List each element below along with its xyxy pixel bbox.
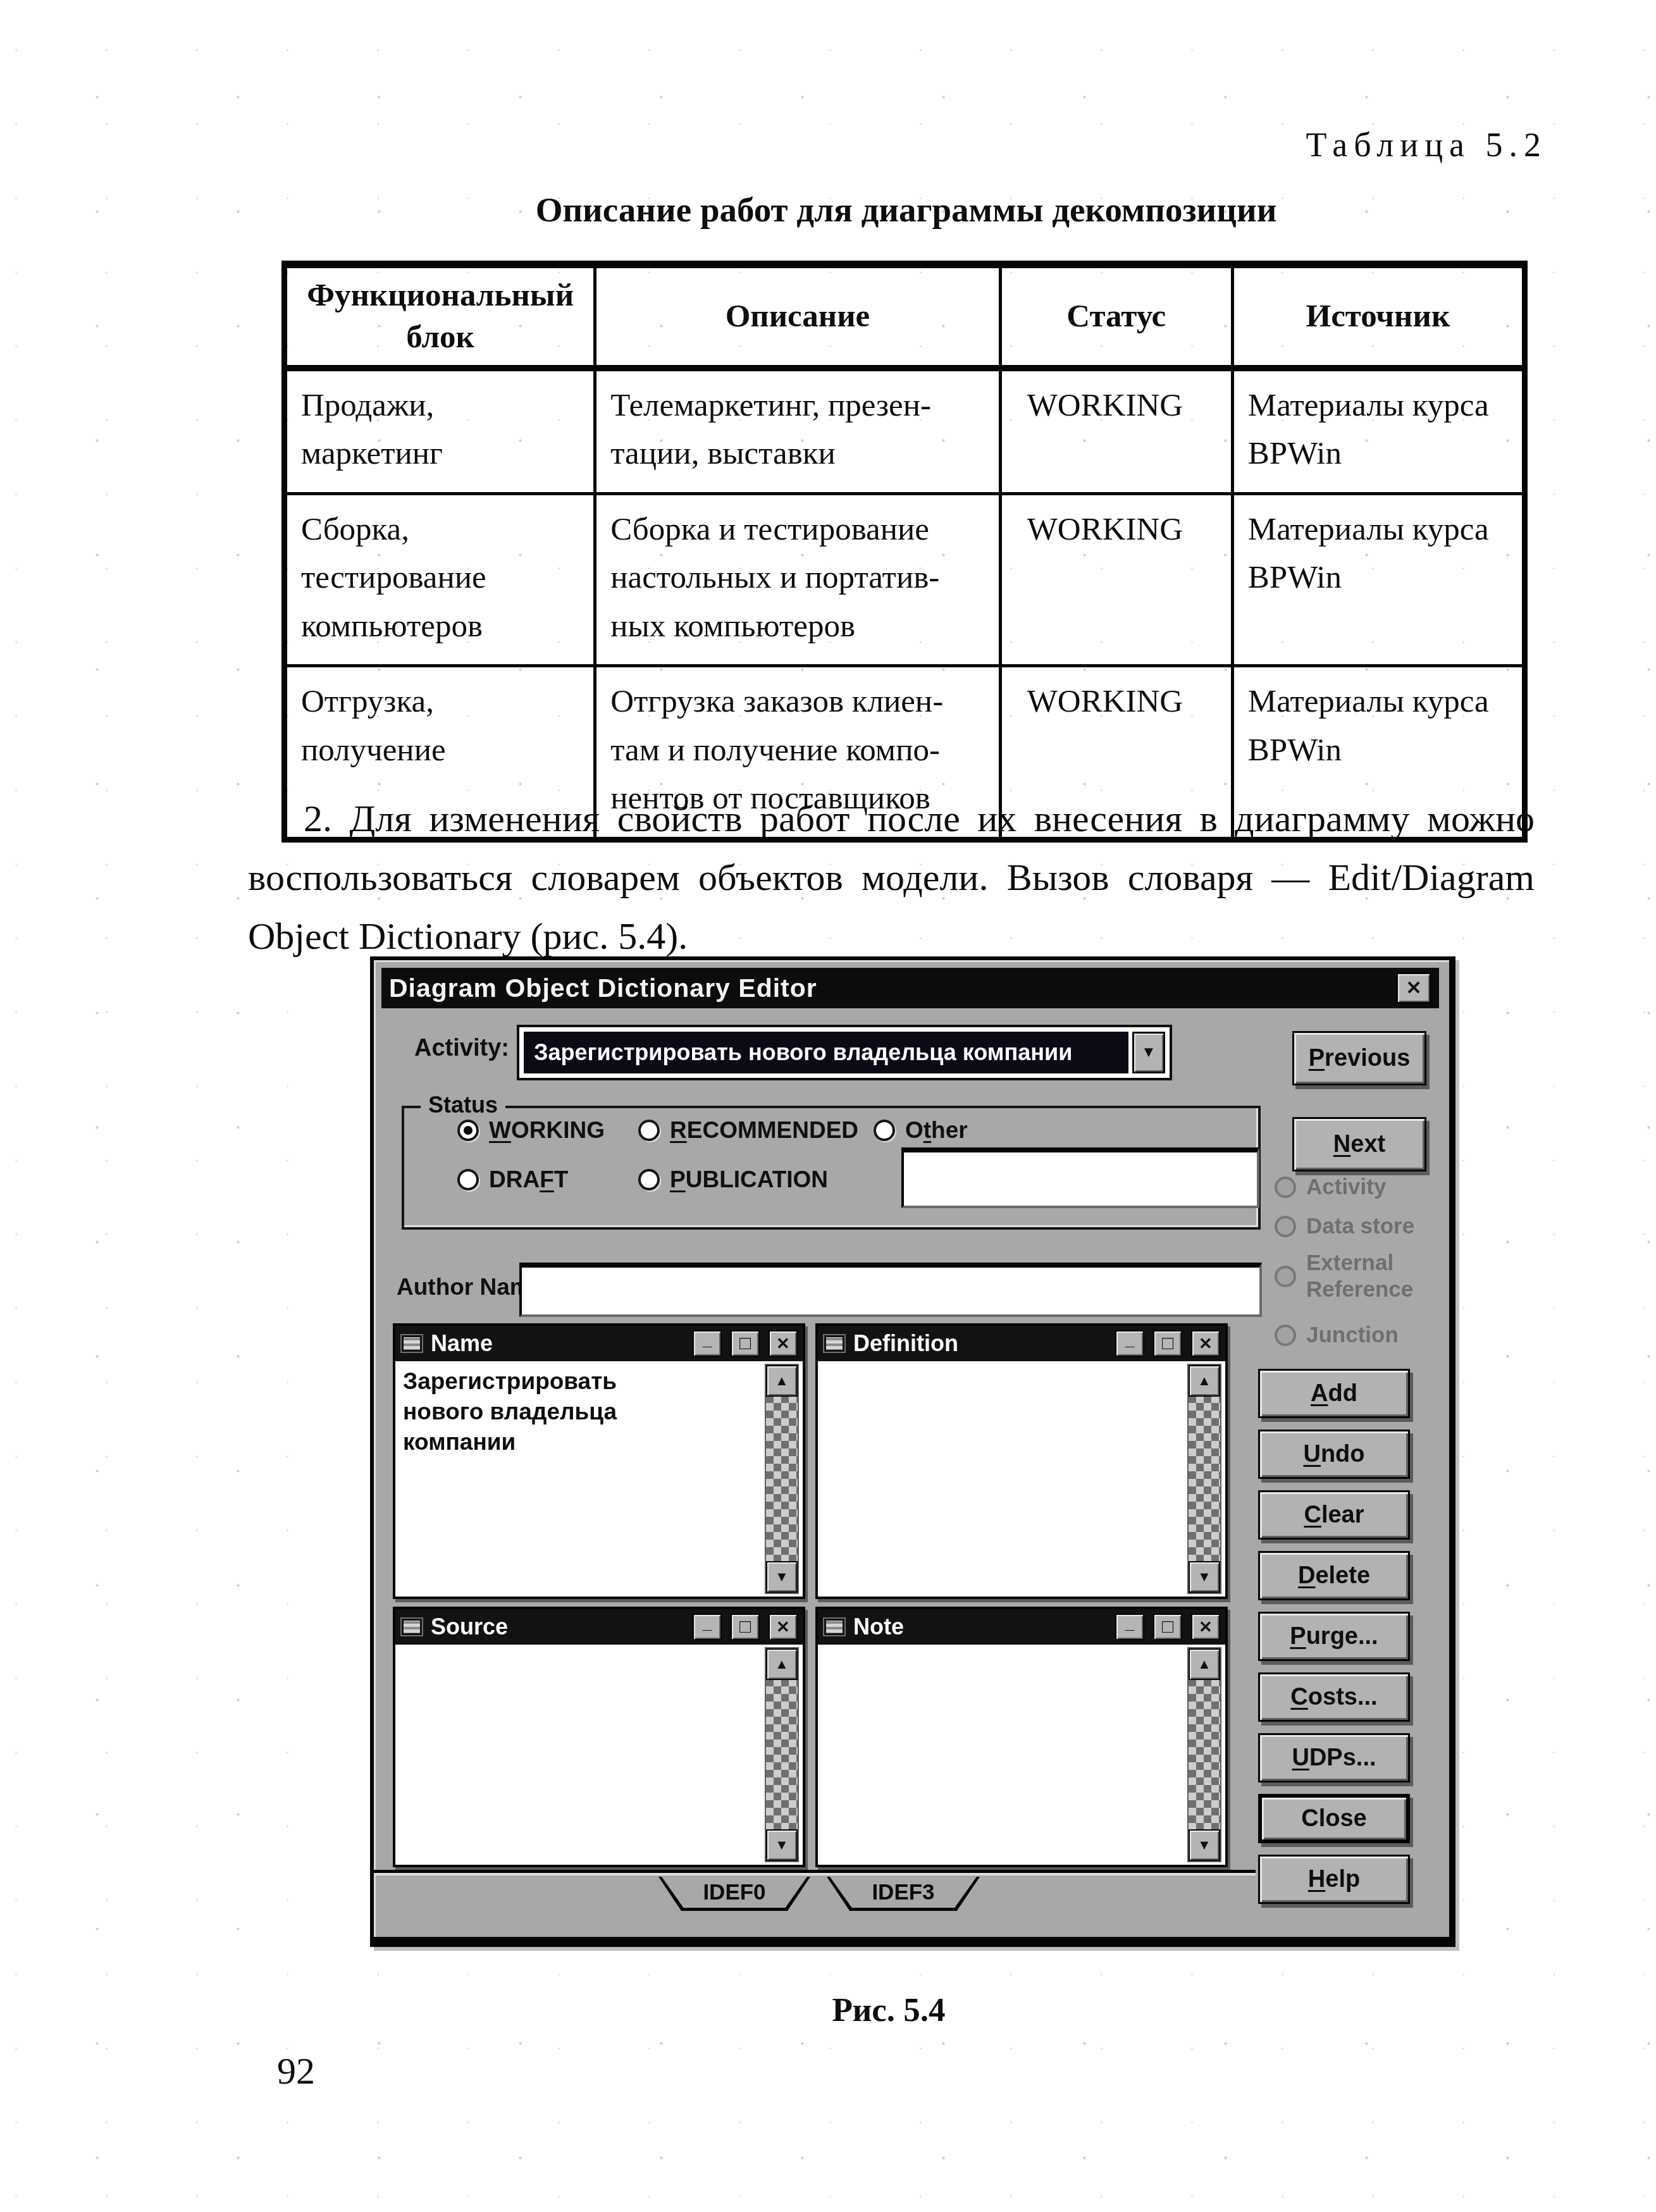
- scroll-down-icon: ▼: [1197, 1837, 1211, 1853]
- radio-label: Activity: [1306, 1174, 1386, 1201]
- status-group: Status WORKING RECOMMENDED Other DRAFT P…: [402, 1106, 1261, 1230]
- window-title: Name: [431, 1330, 684, 1357]
- radio-label: WORKING: [489, 1117, 605, 1144]
- scroll-down-icon: ▼: [775, 1837, 789, 1853]
- source-window-body: ▲ ▼: [395, 1645, 803, 1865]
- table-cell: WORKING: [1000, 368, 1232, 494]
- add-button-label: Add: [1311, 1380, 1357, 1407]
- close-window-button[interactable]: ✕: [769, 1614, 798, 1640]
- dialog-titlebar[interactable]: Diagram Object Dictionary Editor ✕: [381, 968, 1439, 1008]
- note-window-titlebar[interactable]: Note _ □ ✕: [818, 1609, 1225, 1645]
- next-button-label: Next: [1333, 1131, 1385, 1158]
- close-icon: ✕: [1406, 977, 1421, 999]
- radio-type-junction[interactable]: Junction: [1275, 1322, 1399, 1349]
- dropdown-button[interactable]: ▼: [1132, 1032, 1165, 1073]
- scroll-down-icon: ▼: [1197, 1569, 1211, 1585]
- add-button[interactable]: Add: [1258, 1369, 1410, 1418]
- radio-label: Data store: [1306, 1213, 1414, 1240]
- costs-button-label: Costs...: [1290, 1684, 1377, 1711]
- table-cell: Сборка и тестирование настольных и порта…: [595, 493, 1001, 666]
- scroll-up-icon: ▲: [1197, 1373, 1211, 1389]
- tab-idef3[interactable]: IDEF3: [827, 1877, 980, 1911]
- table-header-cell: Статус: [1000, 264, 1232, 368]
- purge-button[interactable]: Purge...: [1258, 1612, 1410, 1661]
- maximize-button[interactable]: □: [1153, 1330, 1182, 1357]
- window-icon: [400, 1617, 423, 1636]
- activity-combobox[interactable]: Зарегистрировать нового владельца компан…: [517, 1025, 1172, 1080]
- work-description-table: Функциональный блок Описание Статус Исто…: [281, 261, 1528, 843]
- close-dialog-button[interactable]: Close: [1258, 1794, 1410, 1843]
- window-icon: [823, 1617, 846, 1636]
- table-header-cell: Источник: [1232, 264, 1524, 368]
- body-paragraph: 2. Для изменения свойств работ после их …: [248, 789, 1535, 966]
- tab-idef0[interactable]: IDEF0: [658, 1877, 810, 1911]
- source-window-titlebar[interactable]: Source _ □ ✕: [395, 1609, 803, 1645]
- radio-label: External Reference: [1306, 1250, 1413, 1303]
- table-cell: Сборка, тестирование компьютеров: [285, 493, 595, 666]
- definition-window-body: ▲ ▼: [818, 1361, 1225, 1597]
- radio-label: Other: [905, 1117, 968, 1144]
- chevron-down-icon: ▼: [1141, 1044, 1156, 1061]
- tab-idef3-label: IDEF3: [830, 1877, 977, 1908]
- window-icon: [823, 1334, 846, 1353]
- close-icon: ✕: [776, 1334, 790, 1354]
- radio-dot: [874, 1120, 895, 1141]
- table-cell: WORKING: [1000, 493, 1232, 666]
- book-page: Таблица 5.2 Описание работ для диаграммы…: [0, 0, 1656, 2212]
- diagram-object-dictionary-dialog: Diagram Object Dictionary Editor ✕ Activ…: [370, 956, 1455, 1947]
- radio-working[interactable]: WORKING: [457, 1117, 605, 1144]
- maximize-icon: □: [1162, 1333, 1173, 1354]
- table-title: Описание работ для диаграммы декомпозици…: [281, 190, 1531, 230]
- table-row: Сборка, тестирование компьютеров Сборка …: [285, 493, 1525, 666]
- definition-window-titlebar[interactable]: Definition _ □ ✕: [818, 1326, 1225, 1361]
- delete-button[interactable]: Delete: [1258, 1551, 1410, 1600]
- radio-dot: [457, 1120, 479, 1141]
- page-number: 92: [277, 2049, 315, 2093]
- table-header-row: Функциональный блок Описание Статус Исто…: [285, 264, 1525, 368]
- activity-label: Activity:: [414, 1035, 509, 1062]
- table-cell: Материалы курса BPWin: [1232, 368, 1524, 494]
- dialog-title: Diagram Object Dictionary Editor: [389, 973, 1396, 1003]
- table-row: Продажи, маркетинг Телемаркетинг, презен…: [285, 368, 1525, 494]
- source-window: Source _ □ ✕ ▲ ▼: [393, 1607, 805, 1867]
- costs-button[interactable]: Costs...: [1258, 1672, 1410, 1722]
- table-header-cell: Функциональный блок: [285, 264, 595, 368]
- undo-button[interactable]: Undo: [1258, 1430, 1410, 1479]
- purge-button-label: Purge...: [1290, 1623, 1378, 1650]
- radio-type-activity[interactable]: Activity: [1275, 1174, 1386, 1201]
- maximize-button[interactable]: □: [731, 1614, 760, 1640]
- name-text-area[interactable]: Зарегистрировать нового владельца компан…: [403, 1366, 752, 1457]
- clear-button-label: Clear: [1304, 1502, 1364, 1529]
- radio-label: RECOMMENDED: [670, 1117, 858, 1144]
- radio-type-external-reference[interactable]: External Reference: [1275, 1250, 1413, 1303]
- scroll-down-button[interactable]: ▼: [766, 1829, 798, 1861]
- udps-button[interactable]: UDPs...: [1258, 1733, 1410, 1783]
- table-header-cell: Описание: [595, 264, 1001, 368]
- maximize-button[interactable]: □: [731, 1330, 760, 1357]
- table-cell: Материалы курса BPWin: [1232, 493, 1524, 666]
- scroll-down-button[interactable]: ▼: [1189, 1561, 1220, 1593]
- radio-recommended[interactable]: RECOMMENDED: [638, 1117, 858, 1144]
- vertical-scrollbar[interactable]: ▲ ▼: [1187, 1364, 1221, 1594]
- table-number-label: Таблица 5.2: [1306, 125, 1547, 164]
- scroll-up-icon: ▲: [1197, 1656, 1211, 1672]
- window-icon: [400, 1334, 423, 1353]
- scroll-down-button[interactable]: ▼: [766, 1561, 798, 1593]
- maximize-icon: □: [1162, 1616, 1173, 1638]
- scroll-up-icon: ▲: [775, 1373, 789, 1389]
- scroll-up-button[interactable]: ▲: [1189, 1365, 1220, 1397]
- tab-idef0-label: IDEF0: [662, 1877, 807, 1908]
- window-title: Source: [431, 1614, 684, 1640]
- name-window: Name _ □ ✕ Зарегистрировать нового владе…: [393, 1323, 805, 1599]
- radio-dot: [457, 1169, 479, 1190]
- minimize-icon: _: [703, 1614, 712, 1633]
- radio-dot: [1275, 1216, 1296, 1237]
- close-button[interactable]: ✕: [1396, 972, 1431, 1004]
- undo-button-label: Undo: [1303, 1441, 1364, 1468]
- radio-dot: [1275, 1266, 1296, 1287]
- delete-button-label: Delete: [1298, 1562, 1370, 1590]
- note-window-body: ▲ ▼: [818, 1645, 1225, 1865]
- maximize-button[interactable]: □: [1153, 1614, 1182, 1640]
- scroll-down-button[interactable]: ▼: [1189, 1829, 1220, 1861]
- close-icon: ✕: [1199, 1334, 1213, 1354]
- close-icon: ✕: [776, 1617, 790, 1637]
- close-window-button[interactable]: ✕: [769, 1330, 798, 1357]
- close-window-button[interactable]: ✕: [1191, 1614, 1220, 1640]
- minimize-icon: _: [1125, 1330, 1134, 1350]
- radio-type-data-store[interactable]: Data store: [1275, 1213, 1414, 1240]
- scroll-up-button[interactable]: ▲: [1189, 1648, 1220, 1680]
- minimize-button[interactable]: _: [693, 1614, 722, 1640]
- close-dialog-button-label: Close: [1301, 1805, 1366, 1832]
- scroll-down-icon: ▼: [775, 1569, 789, 1585]
- radio-label: DRAFT: [489, 1166, 568, 1193]
- name-window-titlebar[interactable]: Name _ □ ✕: [395, 1326, 803, 1361]
- author-name-input[interactable]: [519, 1263, 1262, 1317]
- close-icon: ✕: [1199, 1617, 1213, 1637]
- vertical-scrollbar[interactable]: ▲ ▼: [1187, 1647, 1221, 1862]
- note-window: Note _ □ ✕ ▲ ▼: [815, 1607, 1228, 1867]
- radio-dot: [1275, 1177, 1296, 1198]
- window-title: Note: [853, 1614, 1106, 1640]
- maximize-icon: □: [739, 1616, 751, 1638]
- radio-dot: [1275, 1325, 1296, 1346]
- scroll-up-icon: ▲: [775, 1656, 789, 1672]
- figure-caption: Рис. 5.4: [753, 1991, 1025, 2029]
- help-button-label: Help: [1308, 1866, 1360, 1893]
- definition-window: Definition _ □ ✕ ▲ ▼: [815, 1323, 1228, 1599]
- minimize-icon: _: [703, 1330, 712, 1350]
- name-window-body: Зарегистрировать нового владельца компан…: [395, 1361, 803, 1597]
- notation-tabstrip: IDEF0 IDEF3: [374, 1870, 1256, 1912]
- activity-selected-value: Зарегистрировать нового владельца компан…: [524, 1032, 1128, 1073]
- status-group-label: Status: [421, 1092, 505, 1118]
- close-window-button[interactable]: ✕: [1191, 1330, 1220, 1357]
- table-cell: Телемаркетинг, презен- тации, выставки: [595, 368, 1001, 494]
- udps-button-label: UDPs...: [1292, 1745, 1376, 1772]
- previous-button-label: Previous: [1309, 1045, 1411, 1072]
- help-button[interactable]: Help: [1258, 1855, 1410, 1904]
- radio-label: PUBLICATION: [670, 1166, 828, 1193]
- radio-publication[interactable]: PUBLICATION: [638, 1166, 828, 1193]
- table-cell: Продажи, маркетинг: [285, 368, 595, 494]
- radio-label: Junction: [1306, 1322, 1399, 1349]
- minimize-button[interactable]: _: [1115, 1330, 1144, 1357]
- radio-dot: [638, 1120, 660, 1141]
- radio-dot: [638, 1169, 660, 1190]
- window-title: Definition: [853, 1330, 1106, 1357]
- scroll-up-button[interactable]: ▲: [766, 1365, 798, 1397]
- minimize-button[interactable]: _: [1115, 1614, 1144, 1640]
- minimize-icon: _: [1125, 1614, 1134, 1633]
- next-button[interactable]: Next: [1292, 1117, 1426, 1171]
- minimize-button[interactable]: _: [693, 1330, 722, 1357]
- other-status-input[interactable]: [901, 1147, 1259, 1208]
- scroll-up-button[interactable]: ▲: [766, 1648, 798, 1680]
- vertical-scrollbar[interactable]: ▲ ▼: [765, 1364, 799, 1594]
- maximize-icon: □: [739, 1333, 751, 1354]
- previous-button[interactable]: Previous: [1292, 1031, 1426, 1085]
- vertical-scrollbar[interactable]: ▲ ▼: [765, 1647, 799, 1862]
- radio-draft[interactable]: DRAFT: [457, 1166, 568, 1193]
- radio-other[interactable]: Other: [874, 1117, 968, 1144]
- clear-button[interactable]: Clear: [1258, 1490, 1410, 1540]
